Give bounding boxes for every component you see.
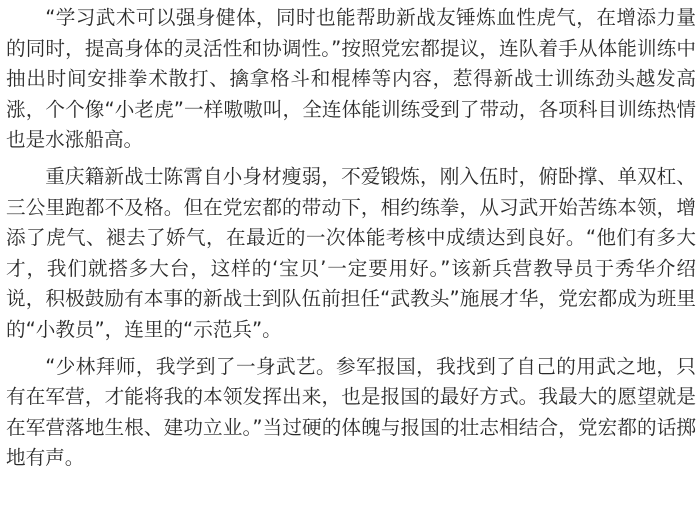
paragraph-dang-hongdu-quote: “少林拜师，我学到了一身武艺。参军报国，我找到了自己的用武之地，只有在军营，才能… <box>6 352 696 474</box>
article-body: “学习武术可以强身健体，同时也能帮助新战友锤炼血性虎气，在增添力量的同时，提高身… <box>6 3 696 474</box>
paragraph-martial-arts-training: “学习武术可以强身健体，同时也能帮助新战友锤炼血性虎气，在增添力量的同时，提高身… <box>6 3 696 156</box>
paragraph-chen-xiao-story: 重庆籍新战士陈霄自小身材瘦弱，不爱锻炼，刚入伍时，俯卧撑、单双杠、三公里跑都不及… <box>6 162 696 346</box>
